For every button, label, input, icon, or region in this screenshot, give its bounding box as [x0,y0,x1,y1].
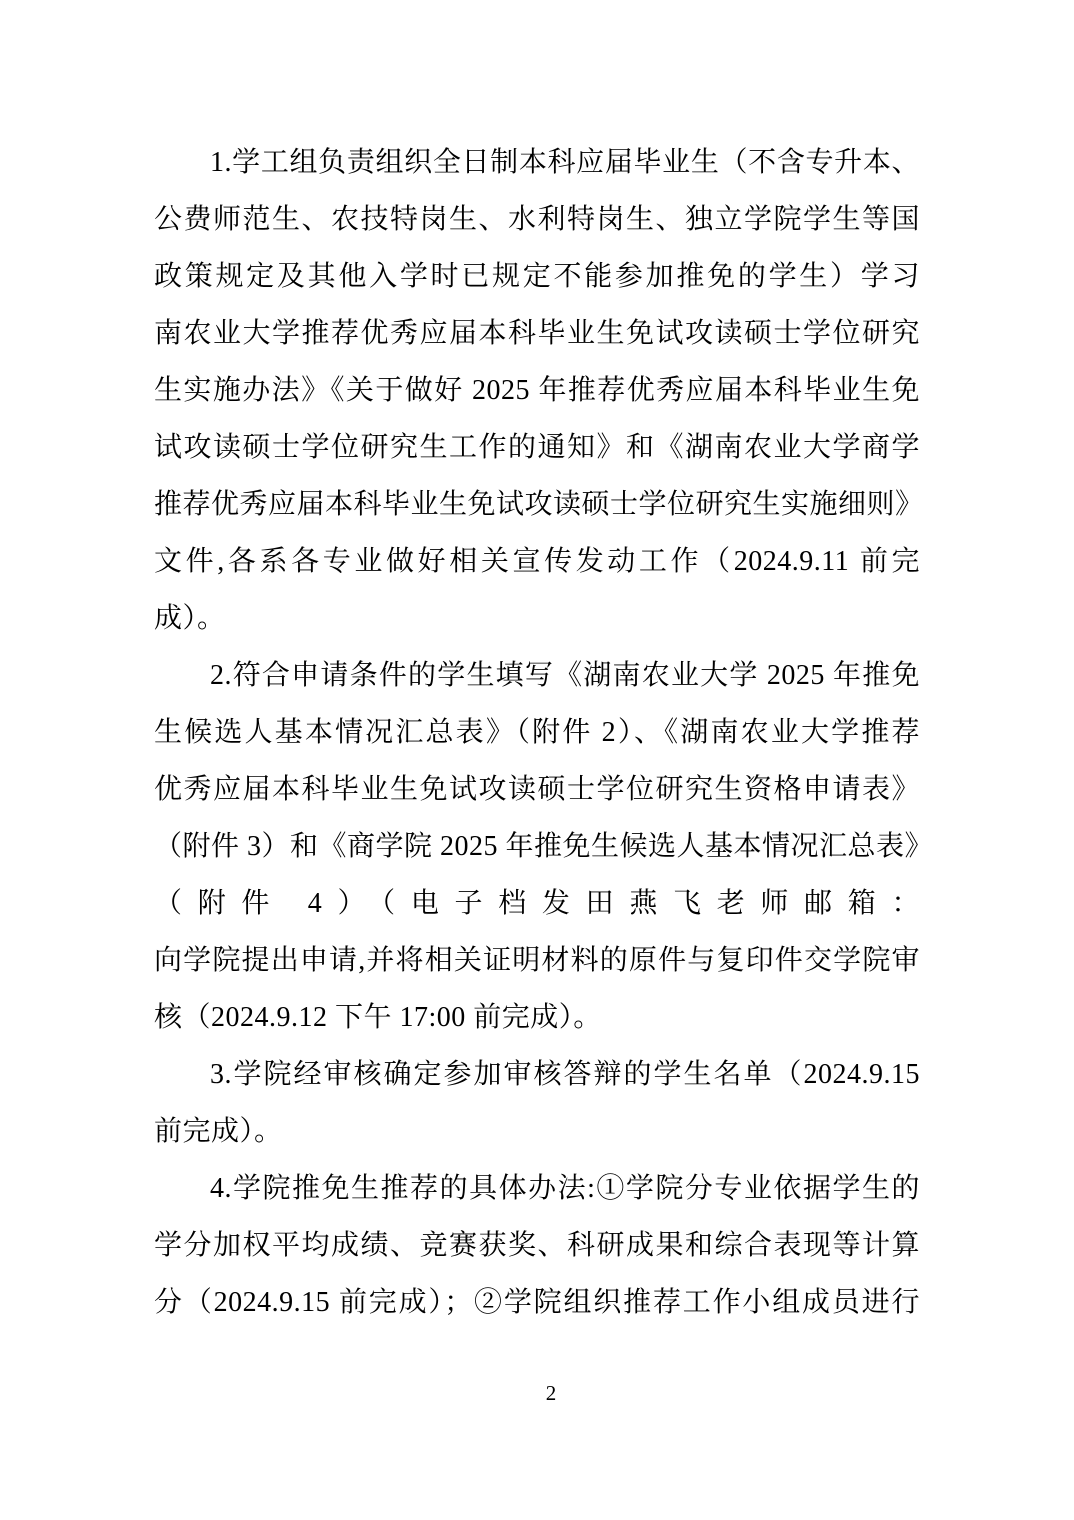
document-line: 4.学院推免生推荐的具体办法:①学院分专业依据学生的 [154,1160,920,1217]
document-body: 1.学工组负责组织全日制本科应届毕业生（不含专升本、 公费师范生、农技特岗生、水… [154,134,920,1331]
paragraph-1: 1.学工组负责组织全日制本科应届毕业生（不含专升本、 公费师范生、农技特岗生、水… [154,134,920,647]
document-line: 前完成）。 [154,1103,920,1160]
paragraph-2: 2.符合申请条件的学生填写《湖南农业大学 2025 年推免 生候选人基本情况汇总… [154,647,920,1046]
document-page: 1.学工组负责组织全日制本科应届毕业生（不含专升本、 公费师范生、农技特岗生、水… [0,0,1074,1520]
document-line: 公费师范生、农技特岗生、水利特岗生、独立学院学生等国家 [154,191,920,248]
document-line: 试攻读硕士学位研究生工作的通知》和《湖南农业大学商学院 [154,419,920,476]
paragraph-3: 3.学院经审核确定参加审核答辩的学生名单（2024.9.15 前完成）。 [154,1046,920,1160]
document-line: （附件 4）（电子档发田燕飞老师邮箱：329514237@qq.com）， [154,875,920,932]
document-line: 南农业大学推荐优秀应届本科毕业生免试攻读硕士学位研究 [154,305,920,362]
document-line: 分（2024.9.15 前完成）；②学院组织推荐工作小组成员进行 [154,1274,920,1331]
page-footer: 2 [0,1380,1074,1406]
document-line: 向学院提出申请,并将相关证明材料的原件与复印件交学院审 [154,932,920,989]
document-line: 推荐优秀应届本科毕业生免试攻读硕士学位研究生实施细则》 [154,476,920,533]
document-line: 1.学工组负责组织全日制本科应届毕业生（不含专升本、 [154,134,920,191]
document-line: 学分加权平均成绩、竞赛获奖、科研成果和综合表现等计算打 [154,1217,920,1274]
page-number: 2 [518,1380,557,1406]
document-line: 文件,各系各专业做好相关宣传发动工作（2024.9.11 前完 [154,533,920,590]
document-line: 成）。 [154,590,920,647]
document-line: 生实施办法》《关于做好 2025 年推荐优秀应届本科毕业生免 [154,362,920,419]
document-line: 优秀应届本科毕业生免试攻读硕士学位研究生资格申请表》 [154,761,920,818]
paragraph-4: 4.学院推免生推荐的具体办法:①学院分专业依据学生的 学分加权平均成绩、竞赛获奖… [154,1160,920,1331]
document-line: 2.符合申请条件的学生填写《湖南农业大学 2025 年推免 [154,647,920,704]
document-line: 政策规定及其他入学时已规定不能参加推免的学生）学习《湖 [154,248,920,305]
document-line: 3.学院经审核确定参加审核答辩的学生名单（2024.9.15 [154,1046,920,1103]
document-line: （附件 3）和《商学院 2025 年推免生候选人基本情况汇总表》 [154,818,920,875]
document-line: 核（2024.9.12 下午 17:00 前完成）。 [154,989,920,1046]
document-line: 生候选人基本情况汇总表》（附件 2）、《湖南农业大学推荐 [154,704,920,761]
